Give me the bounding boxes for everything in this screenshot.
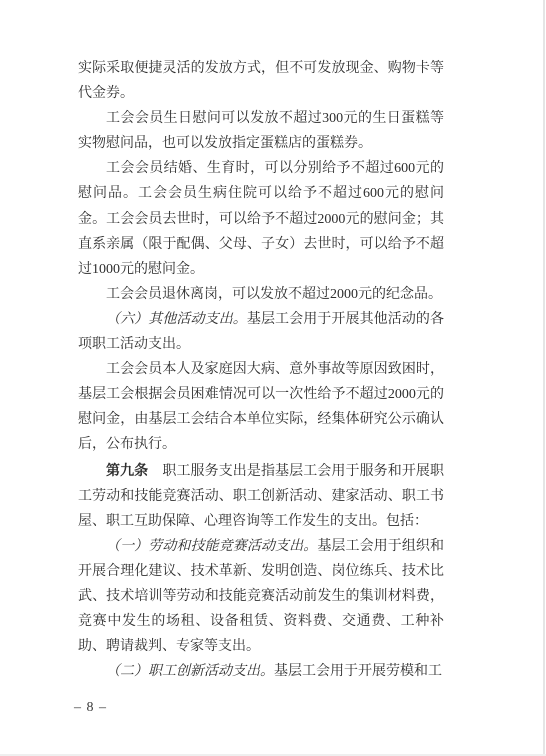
clause-title: （六）其他活动支出。: [106, 312, 247, 327]
paragraph-marriage-illness-death-benefit: 工会会员结婚、生育时，可以分别给予不超过600元的慰问品。工会会员生病住院可以给…: [78, 156, 444, 281]
paragraph-item-one-labor-skill-competition: （一）劳动和技能竞赛活动支出。基层工会用于组织和开展合理化建议、技术革新、发明创…: [78, 534, 444, 659]
paragraph-text: 工会会员本人及家庭因大病、意外事故等原因致困时，基层工会根据会员困难情况可以一次…: [78, 362, 444, 452]
paragraph-article-nine: 第九条 职工服务支出是指基层工会用于服务和开展职工劳动和技能竞赛活动、职工创新活…: [78, 458, 444, 534]
paragraph-continuation: 实际采取便捷灵活的发放方式，但不可发放现金、购物卡等代金券。: [78, 56, 444, 106]
paragraph-text: 工会会员退休离岗，可以发放不超过2000元的纪念品。: [106, 287, 442, 302]
page-number: – 8 –: [74, 700, 107, 716]
paragraph-text: 基层工会用于开展劳模和工: [274, 664, 442, 679]
paragraph-birthday-benefit: 工会会员生日慰问可以发放不超过300元的生日蛋糕等实物慰问品，也可以发放指定蛋糕…: [78, 106, 444, 156]
document-page: 实际采取便捷灵活的发放方式，但不可发放现金、购物卡等代金券。 工会会员生日慰问可…: [0, 0, 546, 756]
paragraph-hardship-relief: 工会会员本人及家庭因大病、意外事故等原因致困时，基层工会根据会员困难情况可以一次…: [78, 357, 444, 457]
clause-title: （二）职工创新活动支出。: [106, 664, 274, 679]
paragraph-text: 工会会员生日慰问可以发放不超过300元的生日蛋糕等实物慰问品，也可以发放指定蛋糕…: [78, 111, 444, 151]
paragraph-text: 工会会员结婚、生育时，可以分别给予不超过600元的慰问品。工会会员生病住院可以给…: [78, 161, 444, 276]
paragraph-retirement-gift: 工会会员退休离岗，可以发放不超过2000元的纪念品。: [78, 282, 444, 307]
paragraph-text: 实际采取便捷灵活的发放方式，但不可发放现金、购物卡等代金券。: [78, 61, 444, 101]
paragraph-item-two-innovation-activities: （二）职工创新活动支出。基层工会用于开展劳模和工: [78, 659, 444, 684]
scan-edge-right: [543, 0, 545, 756]
paragraph-text: 基层工会用于组织和开展合理化建议、技术革新、发明创造、岗位练兵、技术比武、技术培…: [78, 539, 444, 654]
clause-title: （一）劳动和技能竞赛活动支出。: [106, 539, 317, 554]
document-body: 实际采取便捷灵活的发放方式，但不可发放现金、购物卡等代金券。 工会会员生日慰问可…: [78, 56, 444, 684]
article-number: 第九条: [106, 462, 148, 478]
paragraph-item-six-other-activities: （六）其他活动支出。基层工会用于开展其他活动的各项职工活动支出。: [78, 307, 444, 357]
